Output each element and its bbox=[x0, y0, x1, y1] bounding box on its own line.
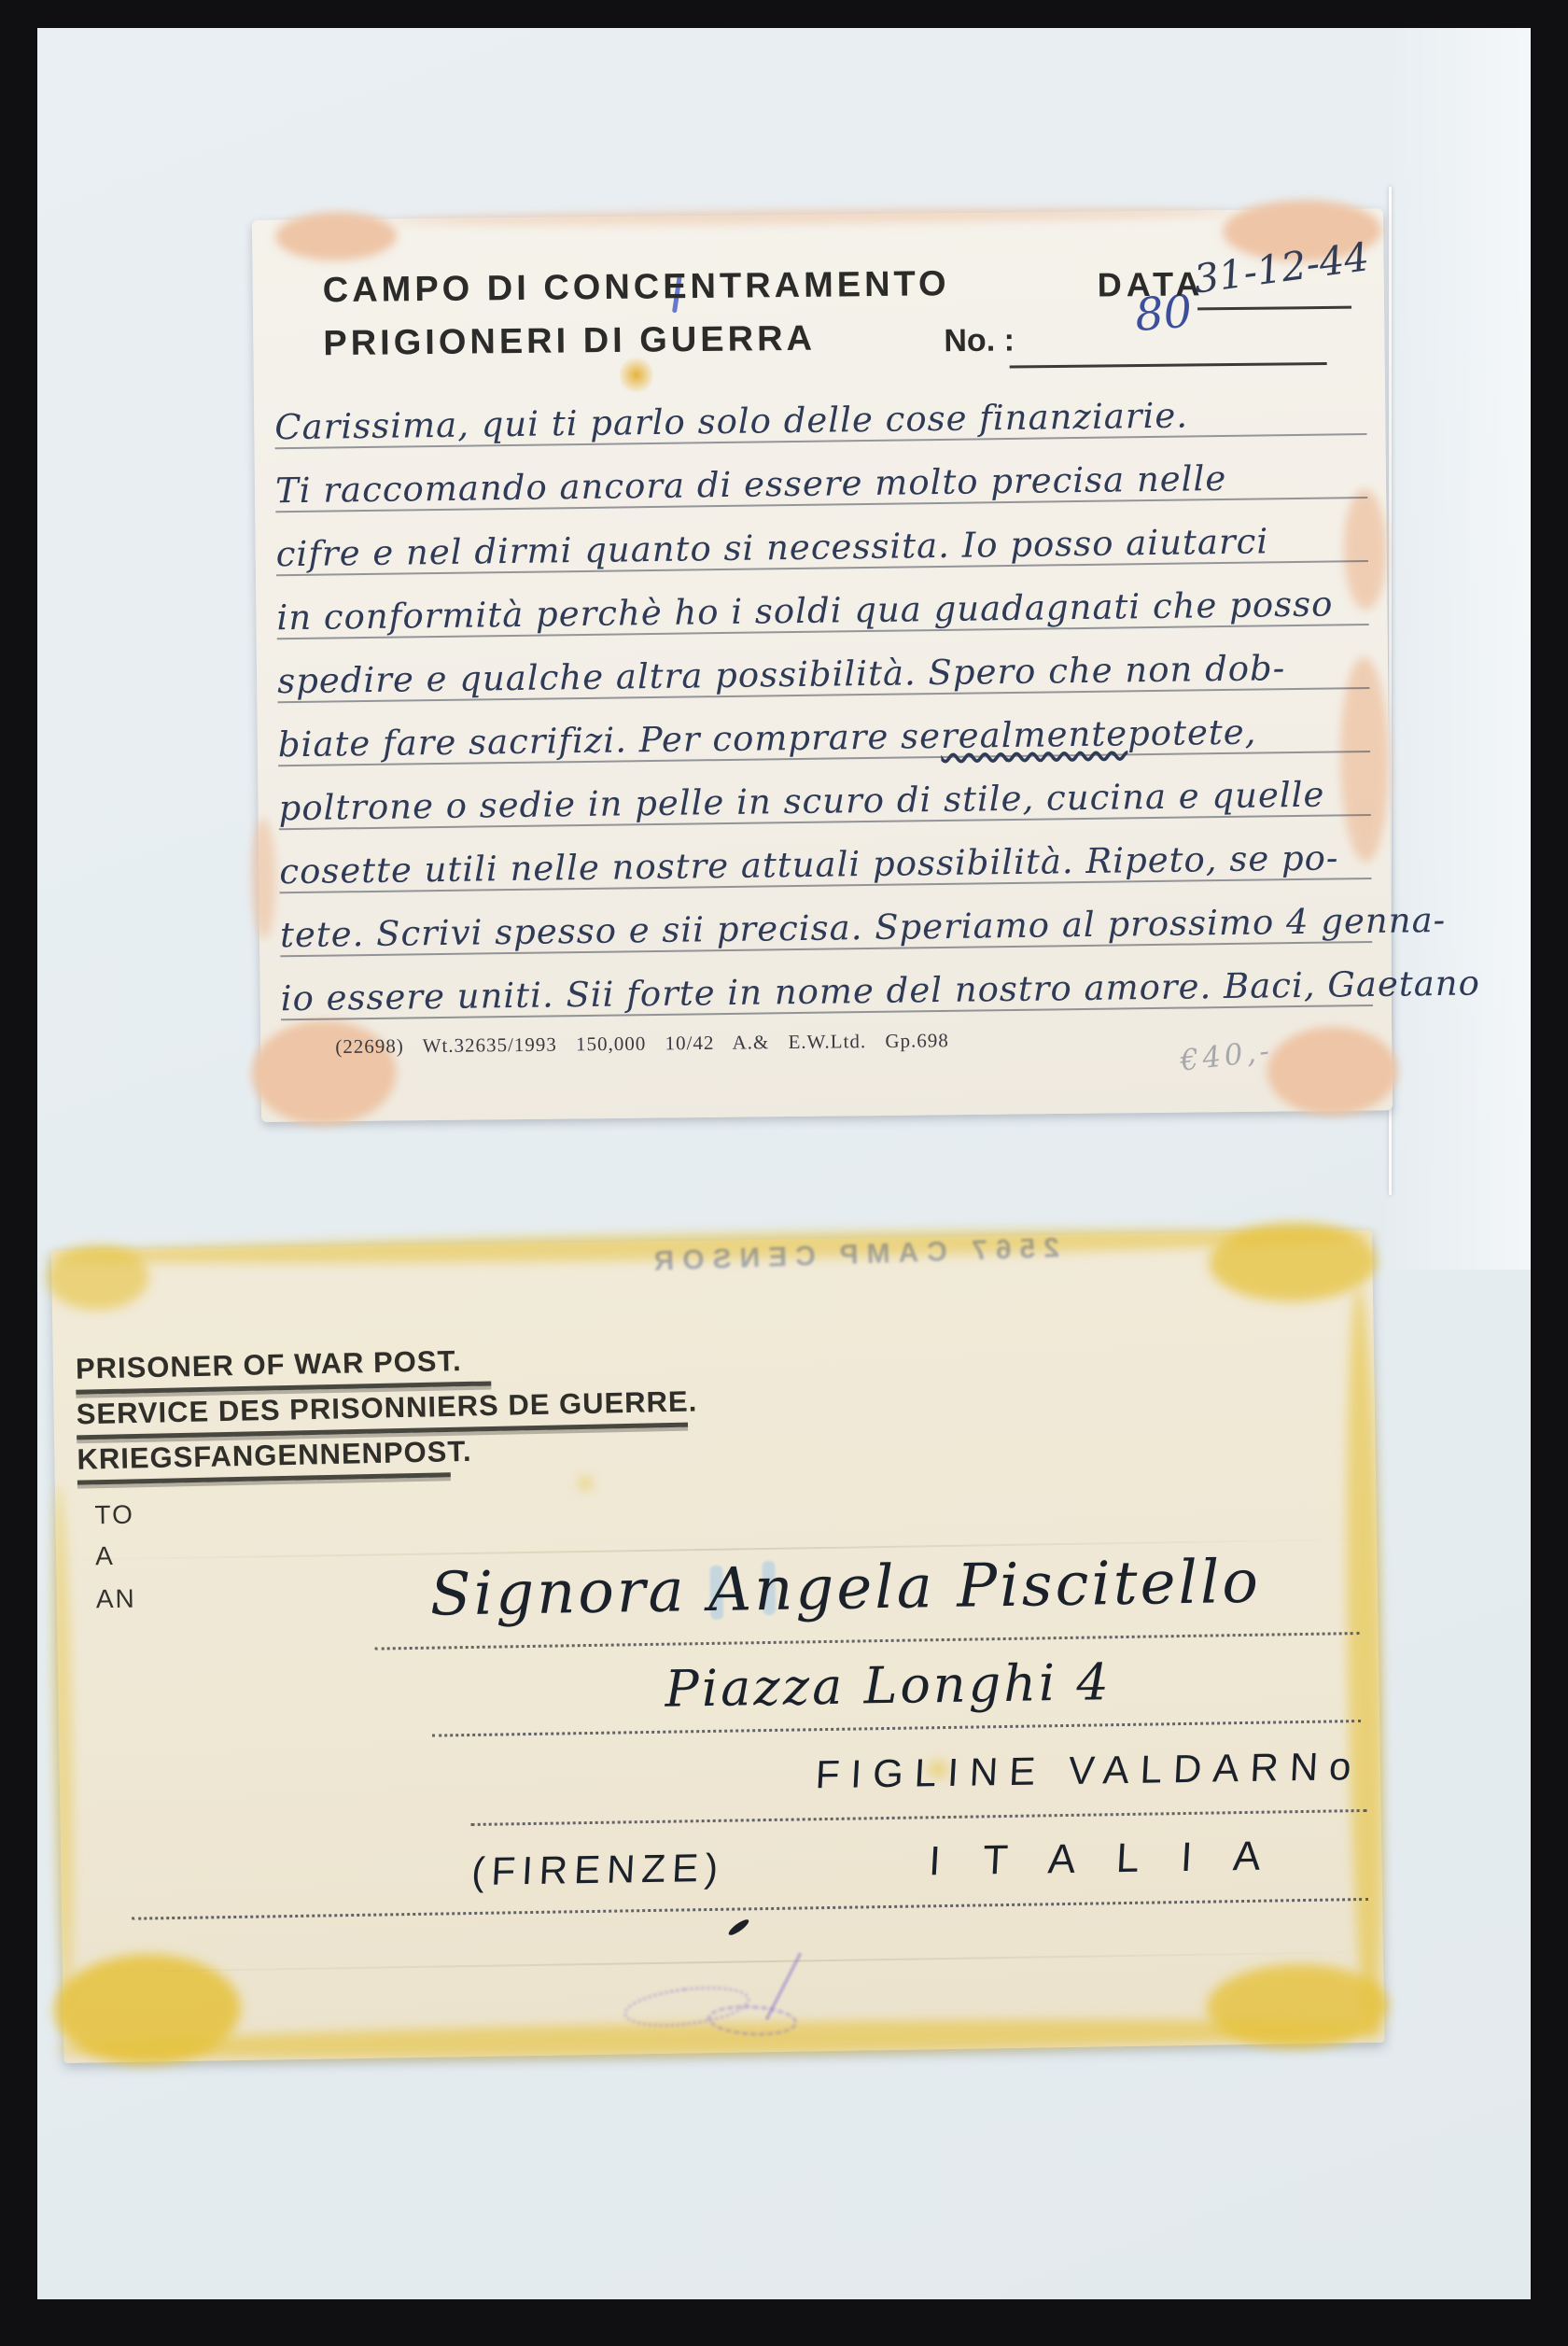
message-text: cosette utili nelle nostre attuali possi… bbox=[279, 837, 1339, 892]
message-line: cifre e nel dirmi quanto si necessita. I… bbox=[275, 510, 1368, 576]
message-line: io essere uniti. Sii forte in nome del n… bbox=[280, 954, 1373, 1020]
message-text: cifre e nel dirmi quanto si necessita. I… bbox=[275, 521, 1268, 574]
stain-edge bbox=[1342, 1286, 1388, 2043]
date-label: DATA bbox=[1098, 264, 1205, 304]
pow-envelope: 2567 CAMP CENSOR PRISONER OF WAR POST. S… bbox=[51, 1230, 1384, 2063]
date-underline bbox=[1197, 306, 1351, 311]
ink-fleck bbox=[727, 1918, 751, 1938]
message-text: spedire e qualche altra possibilità. Spe… bbox=[277, 648, 1286, 701]
message-line: poltrone o sedie in pelle in scuro di st… bbox=[278, 764, 1371, 830]
address-rule bbox=[471, 1809, 1367, 1826]
date-handwritten-value: 31-12-44 bbox=[1191, 233, 1372, 302]
stain-edge bbox=[1209, 1221, 1378, 1303]
album-page-photo: CAMPO DI CONCENTRAMENTO PRIGIONERI DI GU… bbox=[37, 28, 1531, 2299]
to-label-de: AN bbox=[96, 1584, 136, 1615]
censor-stamp-trace bbox=[764, 1952, 802, 2020]
message-text: Carissima, qui ti parlo solo delle cose … bbox=[274, 395, 1188, 447]
address-street: Piazza Longhi 4 bbox=[665, 1652, 1112, 1719]
message-text: Ti raccomando ancora di essere molto pre… bbox=[275, 458, 1227, 511]
message-text: in conformità perchè ho i soldi qua guad… bbox=[276, 583, 1333, 638]
message-text: poltrone o sedie in pelle in scuro di st… bbox=[278, 775, 1324, 829]
address-country: I T A L I A bbox=[928, 1833, 1278, 1885]
pow-post-header-en: PRISONER OF WAR POST. bbox=[76, 1344, 462, 1386]
camp-header-line2: PRIGIONERI DI GUERRA bbox=[323, 319, 816, 365]
sleeve-highlight bbox=[1381, 28, 1531, 1270]
message-line: cosette utili nelle nostre attuali possi… bbox=[279, 827, 1372, 893]
number-underline bbox=[1010, 362, 1327, 369]
pow-message-card: CAMPO DI CONCENTRAMENTO PRIGIONERI DI GU… bbox=[252, 208, 1393, 1122]
to-label-en: TO bbox=[94, 1500, 134, 1531]
camp-header-line1: CAMPO DI CONCENTRAMENTO bbox=[323, 264, 950, 311]
torn-edge bbox=[1267, 1026, 1398, 1116]
torn-edge bbox=[392, 204, 1232, 228]
printer-imprint-line: (22698) Wt.32635/1993 150,000 10/42 A.& … bbox=[335, 1029, 949, 1059]
pencil-price-note: €40,- bbox=[1179, 1034, 1275, 1078]
torn-edge bbox=[251, 818, 276, 939]
number-label: No. : bbox=[944, 322, 1015, 359]
pow-post-header-de: KRIEGSFANGENNENPOST. bbox=[77, 1435, 472, 1477]
message-line: Carissima, qui ti parlo solo delle cose … bbox=[274, 383, 1367, 449]
message-text: io essere uniti. Sii forte in nome del n… bbox=[280, 962, 1480, 1018]
stain-spot bbox=[578, 1476, 593, 1491]
message-line: biate fare sacrifizi. Per comprare se re… bbox=[277, 700, 1370, 766]
address-province: (FIRENZE) bbox=[470, 1846, 725, 1894]
message-line: Ti raccomando ancora di essere molto pre… bbox=[275, 446, 1368, 513]
message-line: in conformità perchè ho i soldi qua guad… bbox=[276, 573, 1369, 639]
stain-edge bbox=[49, 1484, 77, 2007]
address-rule bbox=[375, 1632, 1360, 1651]
torn-edge bbox=[275, 211, 398, 260]
message-text: potete, bbox=[1127, 712, 1257, 754]
stain-edge bbox=[46, 1243, 149, 1311]
stain-edge bbox=[1206, 1963, 1389, 2050]
address-rule bbox=[132, 1898, 1368, 1920]
address-rule bbox=[432, 1720, 1361, 1737]
address-recipient-name: Signora Angela Piscitello bbox=[429, 1548, 1261, 1630]
message-line: tete. Scrivi spesso e sii precisa. Speri… bbox=[280, 891, 1373, 957]
paper-crease bbox=[63, 1951, 1383, 1974]
message-text: tete. Scrivi spesso e sii precisa. Speri… bbox=[280, 900, 1447, 955]
message-line: spedire e qualche altra possibilità. Spe… bbox=[277, 637, 1370, 703]
message-text: biate fare sacrifizi. Per comprare se bbox=[278, 716, 942, 765]
to-label-fr: A bbox=[95, 1541, 115, 1571]
underlined-word: realmente bbox=[941, 713, 1128, 756]
address-town: FIGLINE VALDARNo bbox=[815, 1744, 1364, 1797]
